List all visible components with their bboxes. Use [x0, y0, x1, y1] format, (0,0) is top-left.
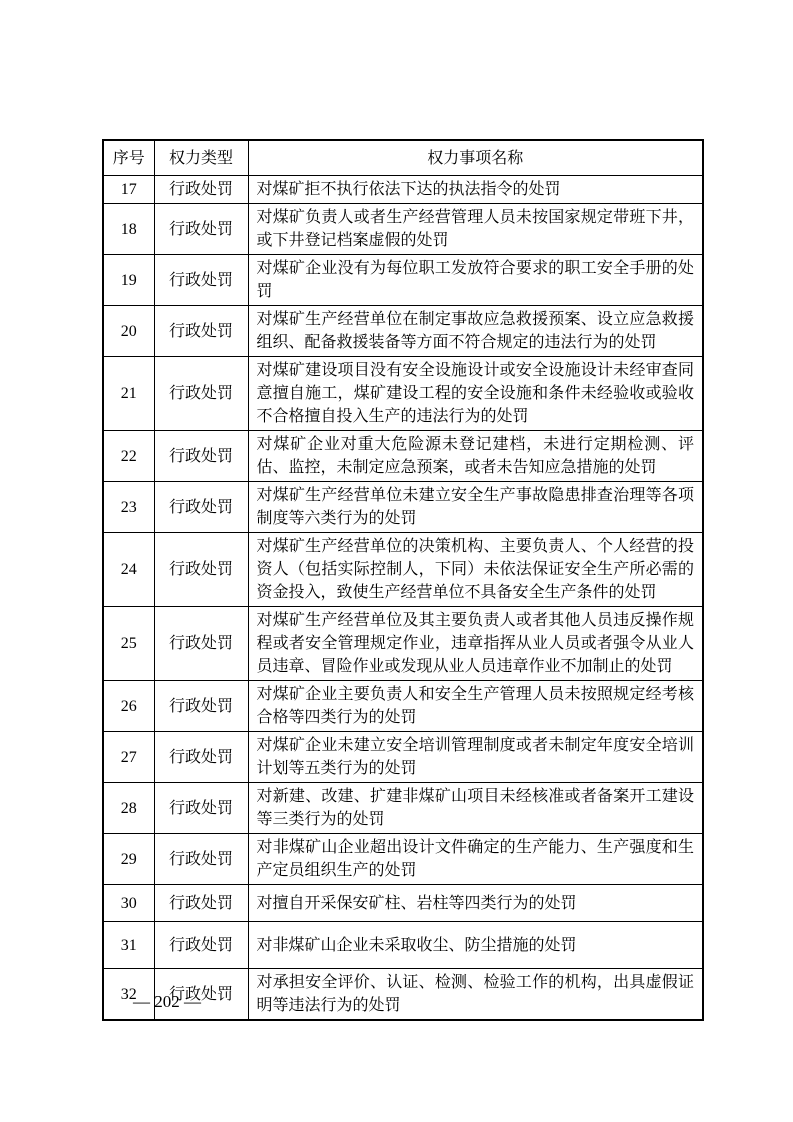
- column-header-serial-number: 序号: [103, 140, 154, 176]
- row-power-item-name: 对煤矿生产经营单位未建立安全生产事故隐患排查治理等各项制度等六类行为的处罚: [248, 482, 703, 533]
- document-page: 序号 权力类型 权力事项名称 17行政处罚对煤矿拒不执行依法下达的执法指令的处罚…: [0, 0, 793, 1122]
- table-row: 30行政处罚对擅自开采保安矿柱、岩柱等四类行为的处罚: [103, 885, 703, 922]
- row-serial-number: 21: [103, 357, 154, 431]
- row-power-type: 行政处罚: [154, 607, 248, 681]
- column-header-power-item-name: 权力事项名称: [248, 140, 703, 176]
- row-power-type: 行政处罚: [154, 255, 248, 306]
- row-power-type: 行政处罚: [154, 681, 248, 732]
- table-row: 17行政处罚对煤矿拒不执行依法下达的执法指令的处罚: [103, 176, 703, 204]
- row-power-item-name: 对擅自开采保安矿柱、岩柱等四类行为的处罚: [248, 885, 703, 922]
- row-power-item-name: 对承担安全评价、认证、检测、检验工作的机构，出具虚假证明等违法行为的处罚: [248, 969, 703, 1021]
- row-serial-number: 27: [103, 732, 154, 783]
- row-serial-number: 25: [103, 607, 154, 681]
- row-power-item-name: 对煤矿企业未建立安全培训管理制度或者未制定年度安全培训计划等五类行为的处罚: [248, 732, 703, 783]
- row-power-type: 行政处罚: [154, 885, 248, 922]
- row-serial-number: 31: [103, 922, 154, 969]
- table-body: 17行政处罚对煤矿拒不执行依法下达的执法指令的处罚18行政处罚对煤矿负责人或者生…: [103, 176, 703, 1021]
- row-serial-number: 24: [103, 533, 154, 607]
- row-power-item-name: 对煤矿建设项目没有安全设施设计或安全设施设计未经审查同意擅自施工，煤矿建设工程的…: [248, 357, 703, 431]
- row-power-item-name: 对非煤矿山企业未采取收尘、防尘措施的处罚: [248, 922, 703, 969]
- table-row: 18行政处罚对煤矿负责人或者生产经营管理人员未按国家规定带班下井，或下井登记档案…: [103, 204, 703, 255]
- row-power-type: 行政处罚: [154, 834, 248, 885]
- row-power-type: 行政处罚: [154, 732, 248, 783]
- table-row: 21行政处罚对煤矿建设项目没有安全设施设计或安全设施设计未经审查同意擅自施工，煤…: [103, 357, 703, 431]
- table-row: 23行政处罚对煤矿生产经营单位未建立安全生产事故隐患排查治理等各项制度等六类行为…: [103, 482, 703, 533]
- row-power-type: 行政处罚: [154, 357, 248, 431]
- row-power-type: 行政处罚: [154, 176, 248, 204]
- row-power-item-name: 对煤矿拒不执行依法下达的执法指令的处罚: [248, 176, 703, 204]
- row-power-type: 行政处罚: [154, 306, 248, 357]
- row-power-item-name: 对新建、改建、扩建非煤矿山项目未经核准或者备案开工建设等三类行为的处罚: [248, 783, 703, 834]
- row-power-item-name: 对煤矿企业主要负责人和安全生产管理人员未按照规定经考核合格等四类行为的处罚: [248, 681, 703, 732]
- table-row: 22行政处罚对煤矿企业对重大危险源未登记建档，未进行定期检测、评估、监控，未制定…: [103, 431, 703, 482]
- row-serial-number: 22: [103, 431, 154, 482]
- table-row: 31行政处罚对非煤矿山企业未采取收尘、防尘措施的处罚: [103, 922, 703, 969]
- column-header-power-type: 权力类型: [154, 140, 248, 176]
- table-row: 19行政处罚对煤矿企业没有为每位职工发放符合要求的职工安全手册的处罚: [103, 255, 703, 306]
- table-row: 28行政处罚对新建、改建、扩建非煤矿山项目未经核准或者备案开工建设等三类行为的处…: [103, 783, 703, 834]
- row-serial-number: 26: [103, 681, 154, 732]
- table-row: 29行政处罚对非煤矿山企业超出设计文件确定的生产能力、生产强度和生产定员组织生产…: [103, 834, 703, 885]
- row-serial-number: 18: [103, 204, 154, 255]
- row-power-type: 行政处罚: [154, 533, 248, 607]
- row-power-type: 行政处罚: [154, 783, 248, 834]
- row-power-item-name: 对煤矿企业对重大危险源未登记建档，未进行定期检测、评估、监控，未制定应急预案，或…: [248, 431, 703, 482]
- row-power-item-name: 对非煤矿山企业超出设计文件确定的生产能力、生产强度和生产定员组织生产的处罚: [248, 834, 703, 885]
- row-serial-number: 17: [103, 176, 154, 204]
- row-power-type: 行政处罚: [154, 922, 248, 969]
- table-header-row: 序号 权力类型 权力事项名称: [103, 140, 703, 176]
- row-serial-number: 20: [103, 306, 154, 357]
- table-row: 25行政处罚对煤矿生产经营单位及其主要负责人或者其他人员违反操作规程或者安全管理…: [103, 607, 703, 681]
- table-row: 24行政处罚对煤矿生产经营单位的决策机构、主要负责人、个人经营的投资人（包括实际…: [103, 533, 703, 607]
- row-power-item-name: 对煤矿生产经营单位的决策机构、主要负责人、个人经营的投资人（包括实际控制人，下同…: [248, 533, 703, 607]
- row-serial-number: 29: [103, 834, 154, 885]
- page-number: — 202 —: [133, 991, 201, 1013]
- row-serial-number: 28: [103, 783, 154, 834]
- row-power-item-name: 对煤矿生产经营单位及其主要负责人或者其他人员违反操作规程或者安全管理规定作业，违…: [248, 607, 703, 681]
- row-power-type: 行政处罚: [154, 204, 248, 255]
- row-serial-number: 19: [103, 255, 154, 306]
- table-row: 27行政处罚对煤矿企业未建立安全培训管理制度或者未制定年度安全培训计划等五类行为…: [103, 732, 703, 783]
- row-power-item-name: 对煤矿生产经营单位在制定事故应急救援预案、设立应急救援组织、配备救援装备等方面不…: [248, 306, 703, 357]
- power-items-table: 序号 权力类型 权力事项名称 17行政处罚对煤矿拒不执行依法下达的执法指令的处罚…: [102, 139, 704, 1021]
- row-power-item-name: 对煤矿企业没有为每位职工发放符合要求的职工安全手册的处罚: [248, 255, 703, 306]
- row-serial-number: 30: [103, 885, 154, 922]
- row-serial-number: 23: [103, 482, 154, 533]
- row-power-type: 行政处罚: [154, 482, 248, 533]
- table-row: 26行政处罚对煤矿企业主要负责人和安全生产管理人员未按照规定经考核合格等四类行为…: [103, 681, 703, 732]
- row-power-type: 行政处罚: [154, 431, 248, 482]
- table-row: 20行政处罚对煤矿生产经营单位在制定事故应急救援预案、设立应急救援组织、配备救援…: [103, 306, 703, 357]
- row-power-item-name: 对煤矿负责人或者生产经营管理人员未按国家规定带班下井，或下井登记档案虚假的处罚: [248, 204, 703, 255]
